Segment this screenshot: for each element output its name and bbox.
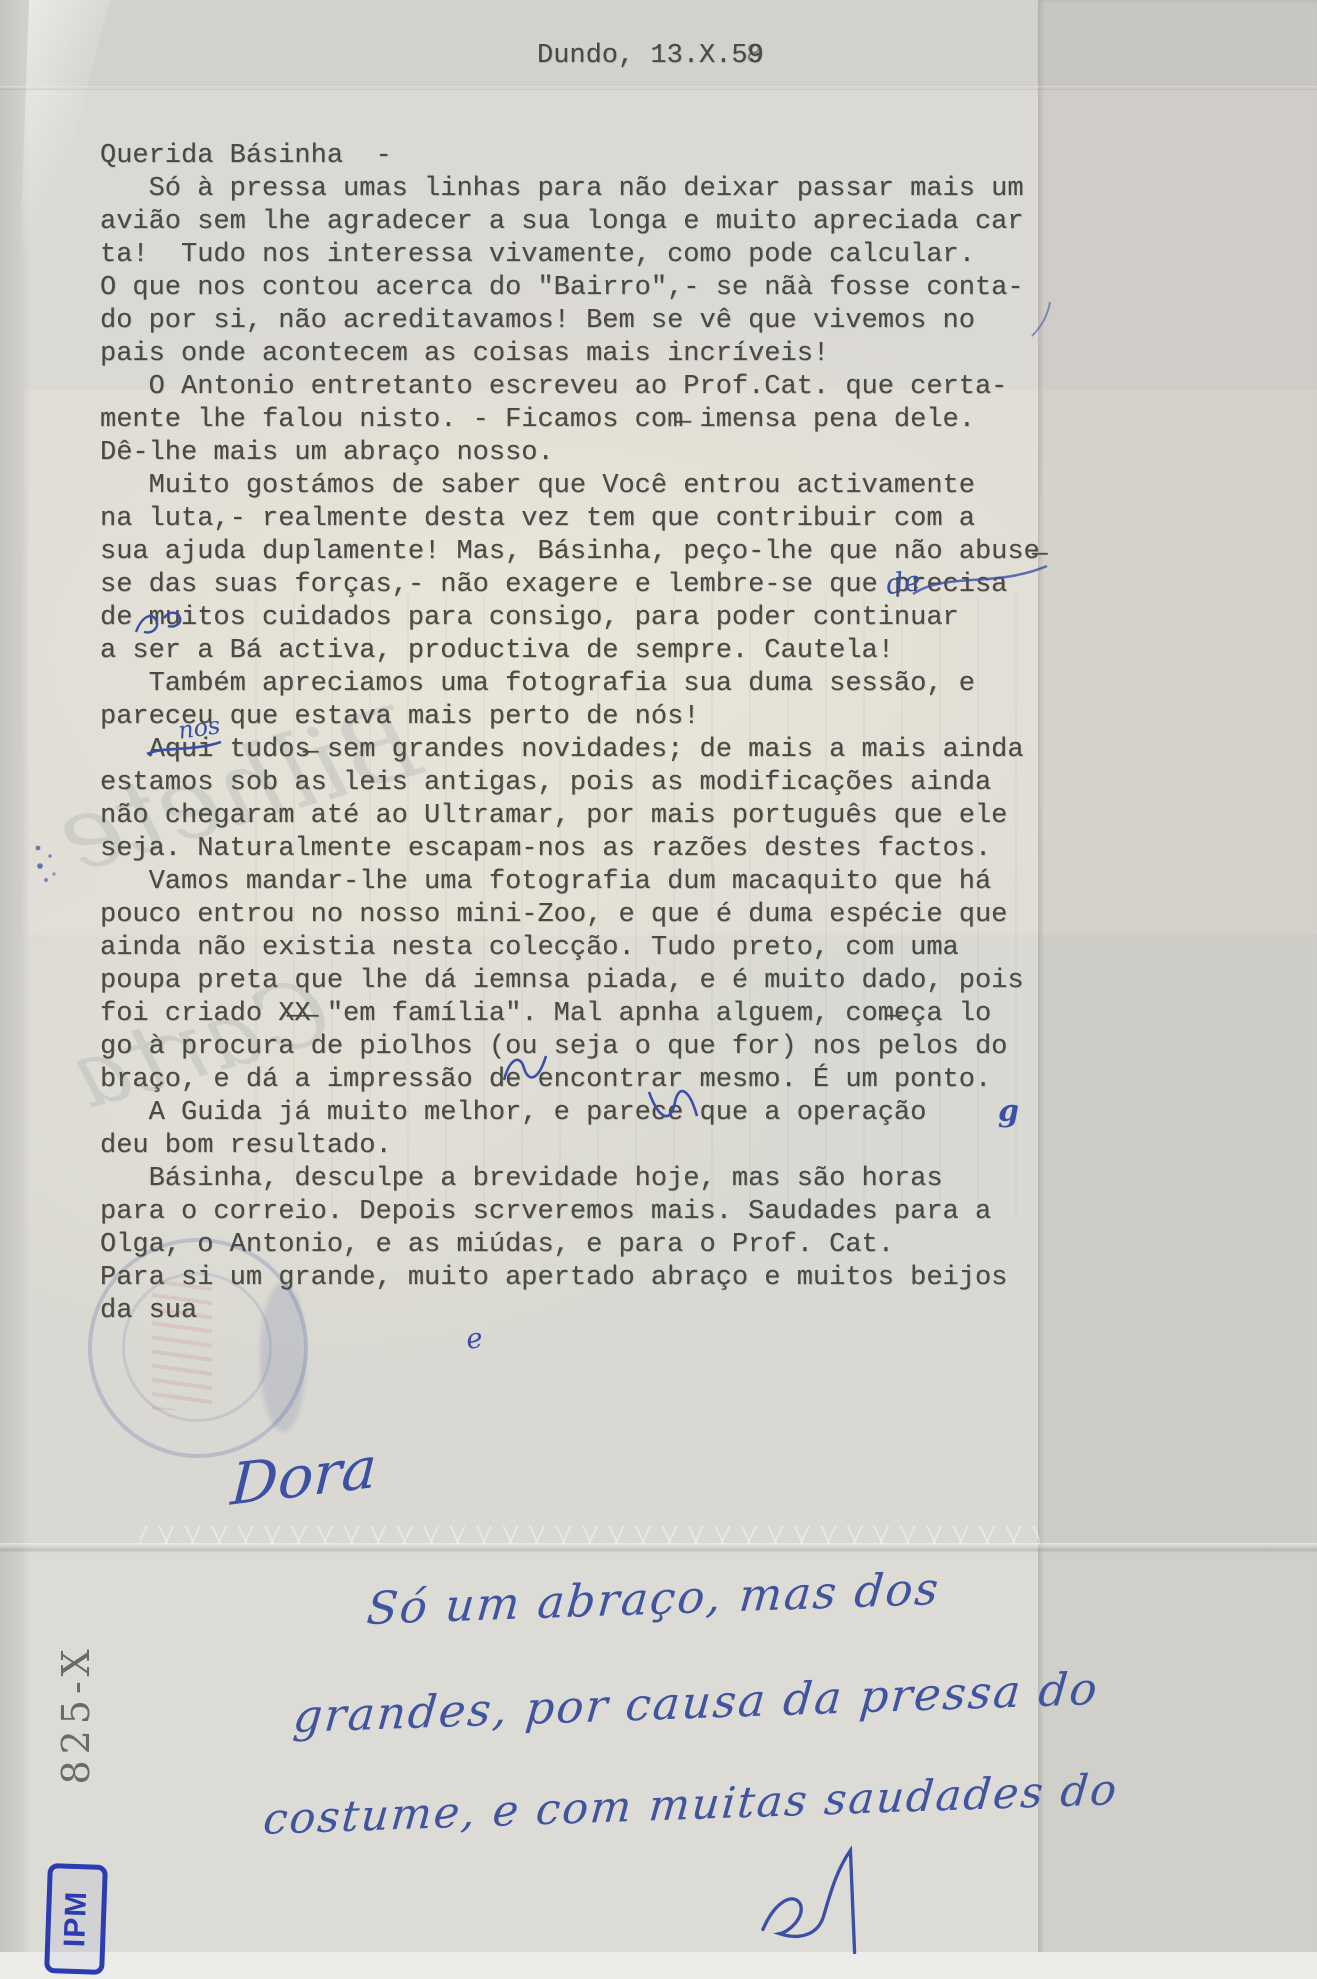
scan-backing-strip (0, 1952, 1317, 1979)
ipm-stamp: IPM (44, 1863, 108, 1975)
paper-left-edge (0, 0, 30, 1979)
strikethrough-pareceu (145, 738, 225, 760)
letter-paragraph: O Antonio entretanto escreveu ao Prof.Ca… (100, 371, 1100, 470)
horizontal-fold-crease (0, 1543, 1317, 1553)
handwritten-margin-squiggle (132, 608, 188, 638)
transposition-mark-imensa (500, 1048, 552, 1088)
margin-ink-mark (1028, 300, 1054, 340)
archive-code-pencil: 825-X (54, 1626, 98, 1802)
letter-date: Dundo, 13.X.59 (537, 40, 764, 73)
ipm-stamp-label: IPM (58, 1890, 94, 1947)
insert-de-flourish (905, 552, 1055, 602)
letter-paragraph: A Guida já muito melhor, e parece que a … (100, 1097, 1100, 1163)
letter-salutation: Querida Básinha - (100, 140, 1100, 173)
overtyped-digit: 8 (746, 41, 762, 71)
signature-scrawl (720, 1842, 910, 1967)
letter-paragraph: Só à pressa umas linhas para não deixar … (100, 173, 1100, 371)
handwritten-note-line: Só um abraço, mas dos (365, 1562, 943, 1635)
ink-splatter (30, 840, 70, 884)
letter-paragraph: Aqui tudos̶ sem grandes novidades; de ma… (100, 734, 1100, 866)
letter-paragraph: Também apreciamos uma fotografia sua dum… (100, 668, 1100, 734)
handwritten-note-line: grandes, por causa da pressa do (291, 1662, 1101, 1743)
fold-zigzag-texture (140, 1526, 1040, 1544)
letter-paragraph: Vamos mandar-lhe uma fotografia dum maca… (100, 866, 1100, 1097)
transposition-mark-apanha (645, 1082, 703, 1132)
scanned-letter-page: Bilhete Carta Dundo, 13.X.59 8 Querida B… (0, 0, 1317, 1979)
handwritten-note-line: costume, e com muitas saudades do (261, 1765, 1120, 1845)
top-left-fold-mark (20, 0, 110, 260)
signature-dora: Dora (229, 1433, 378, 1518)
typed-letter-body: Querida Básinha - Só à pressa umas linha… (100, 140, 1100, 1328)
horizontal-crease-top (0, 86, 1317, 90)
handwritten-ink-blob-g: g (998, 1094, 1019, 1129)
letter-paragraph: Básinha, desculpe a brevidade hoje, mas … (100, 1163, 1100, 1328)
